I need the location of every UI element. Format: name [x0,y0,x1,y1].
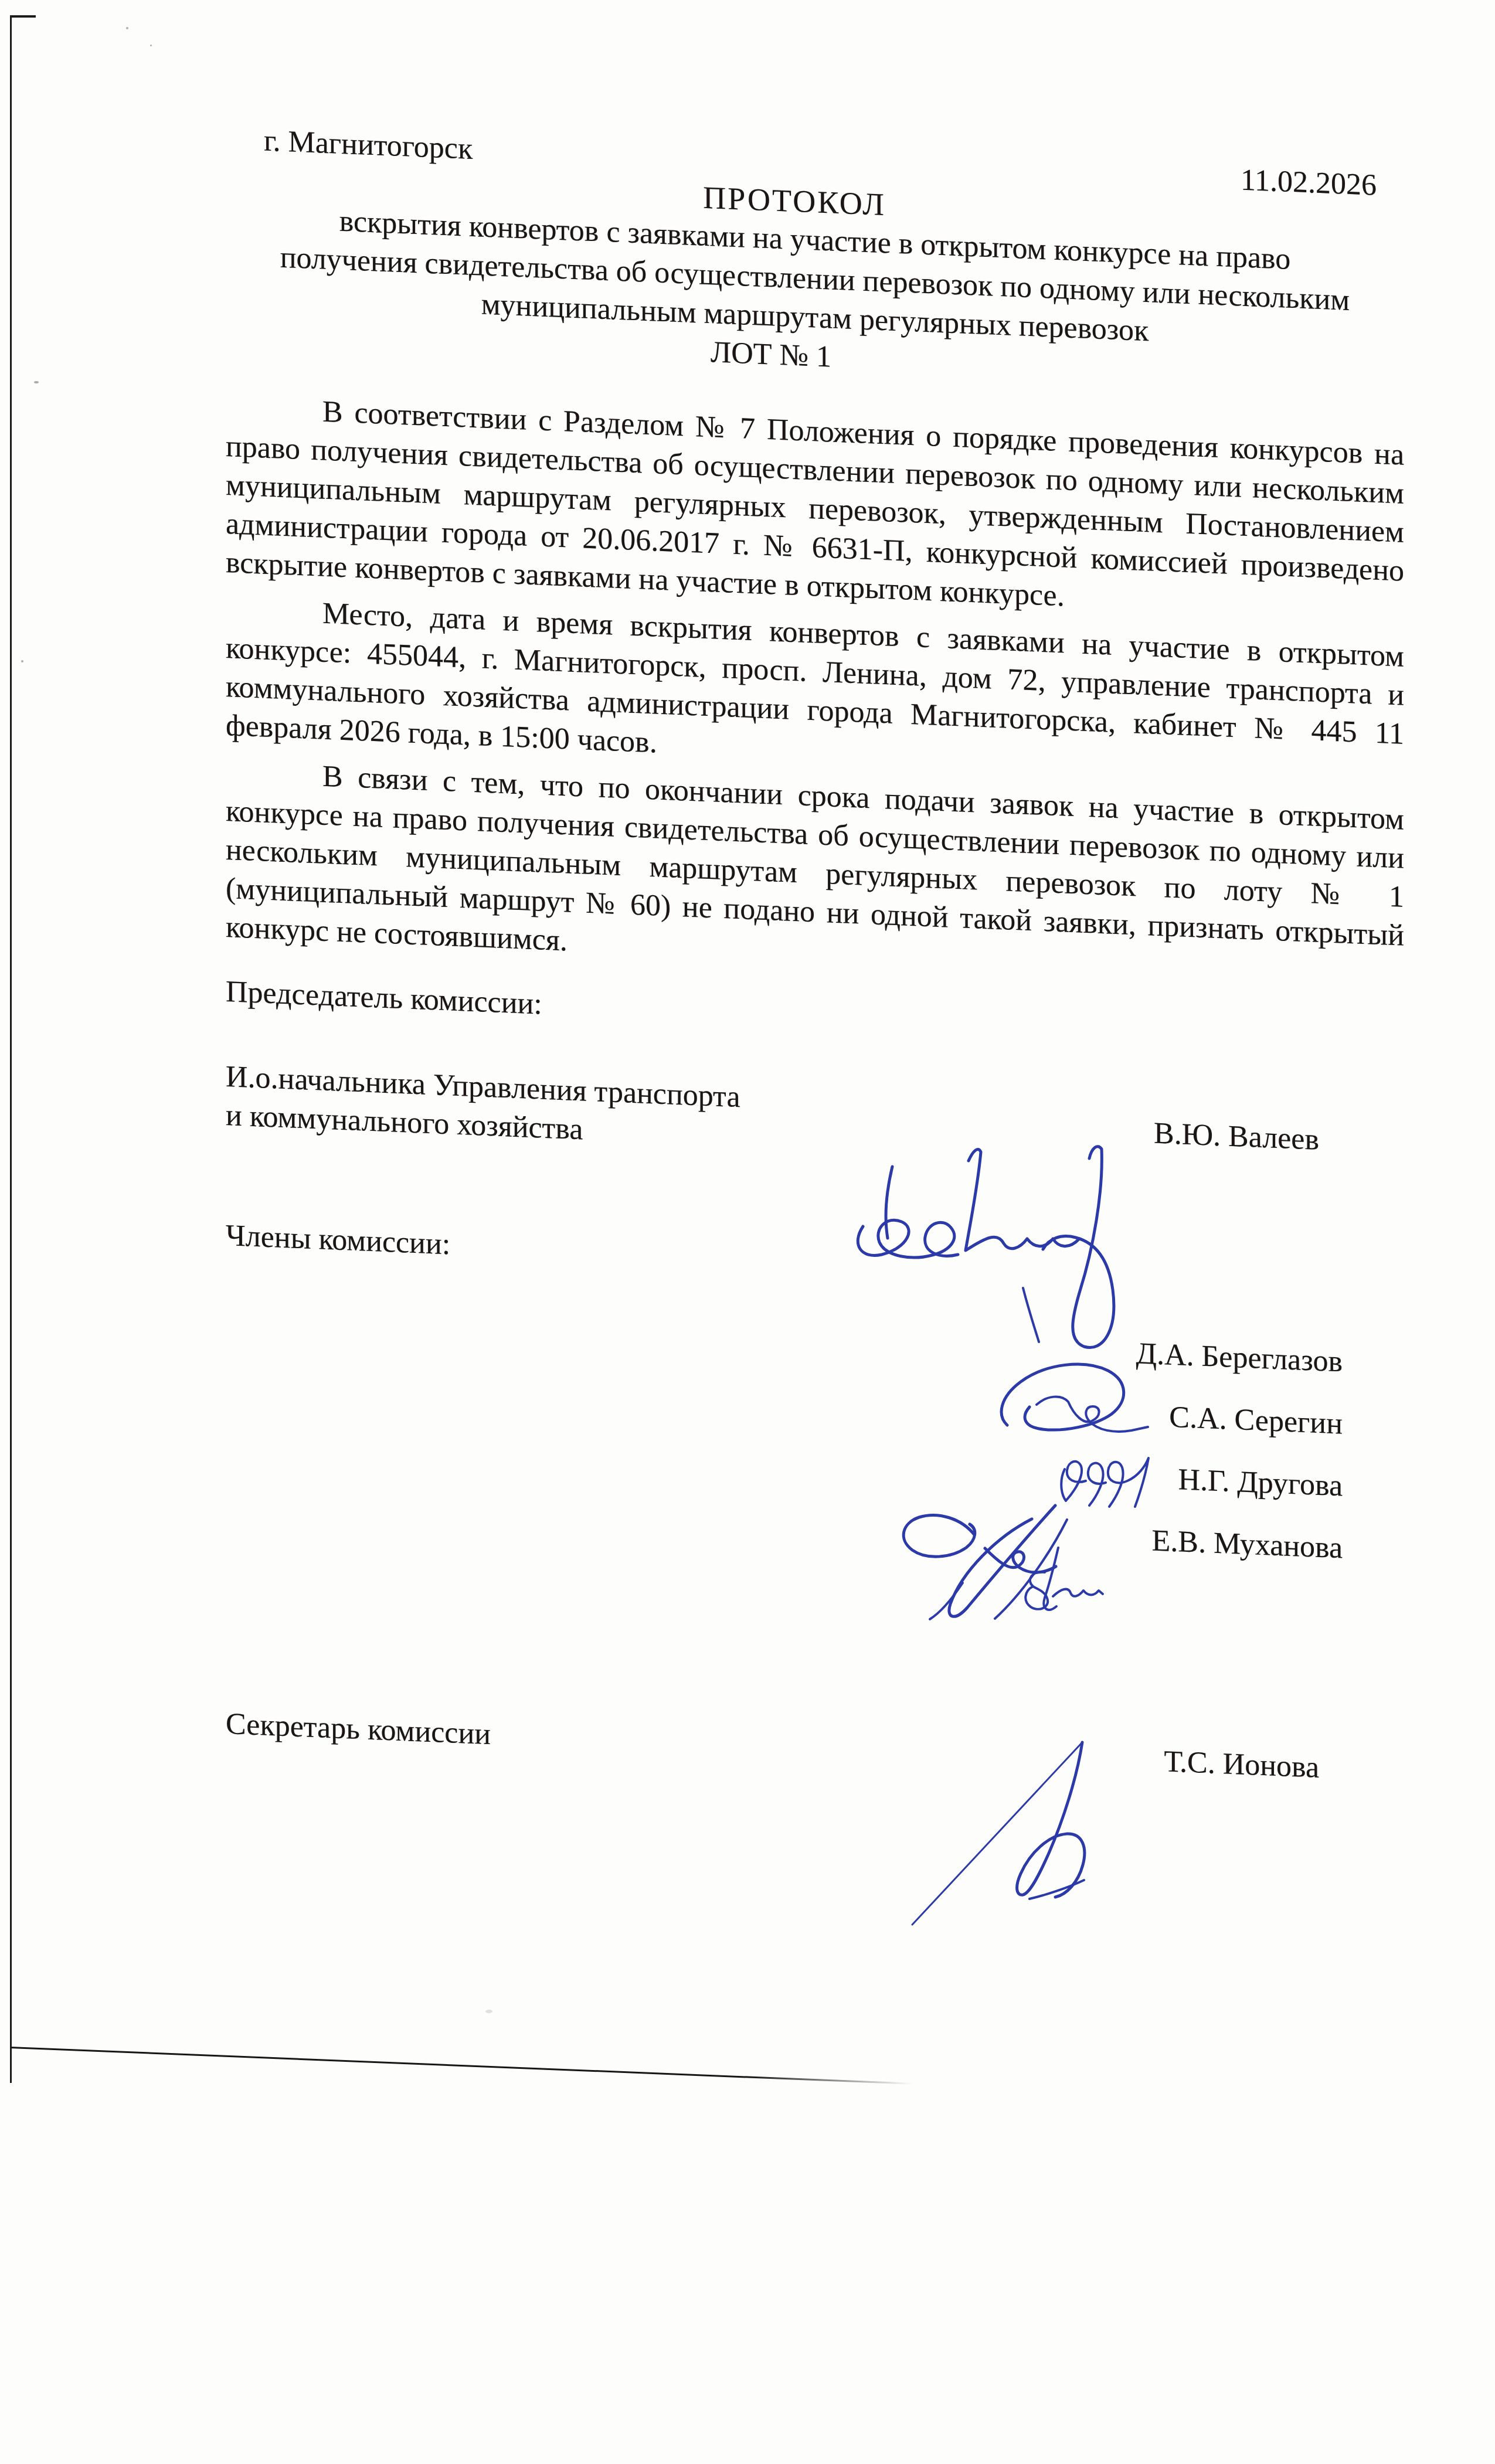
member-name: С.А. Серегин [1169,1401,1343,1441]
scan-speck [21,660,23,662]
scanned-protocol-page: г. Магнитогорск 11.02.2026 ПРОТОКОЛ вскр… [0,0,1495,2464]
scan-speck [485,2010,492,2013]
paragraph-decision: В связи с тем, что по окончании срока по… [226,753,1404,994]
secretary-name: Т.С. Ионова [1164,1742,1319,1787]
member-name: Н.Г. Другова [1178,1463,1343,1503]
paper-bottom-edge-line [10,2047,913,2085]
paragraph-legal-basis: В соответствии с Разделом № 7 Положения … [226,389,1404,630]
chairman-title: И.о.начальника Управления транспорта и к… [226,1058,740,1155]
document-body: г. Магнитогорск 11.02.2026 ПРОТОКОЛ вскр… [226,120,1404,1791]
scan-left-edge-line [10,15,12,2083]
secretary-signature-row: Секретарь комиссии Т.С. Ионова [226,1705,1404,1791]
scan-speck [150,45,152,46]
members-section-label: Члены комиссии: [226,1216,1404,1303]
scan-speck [126,27,128,29]
secretary-label: Секретарь комиссии [226,1705,491,1754]
scan-top-corner-mark [10,15,36,18]
scan-speck [34,381,39,383]
member-name: Д.А. Береглазов [1136,1337,1343,1378]
date-label: 11.02.2026 [1241,161,1377,205]
chairman-name: В.Ю. Валеев [1154,1114,1319,1160]
chairman-signature-row: И.о.начальника Управления транспорта и к… [226,1058,1404,1182]
member-name: Е.В. Муханова [1151,1524,1343,1565]
